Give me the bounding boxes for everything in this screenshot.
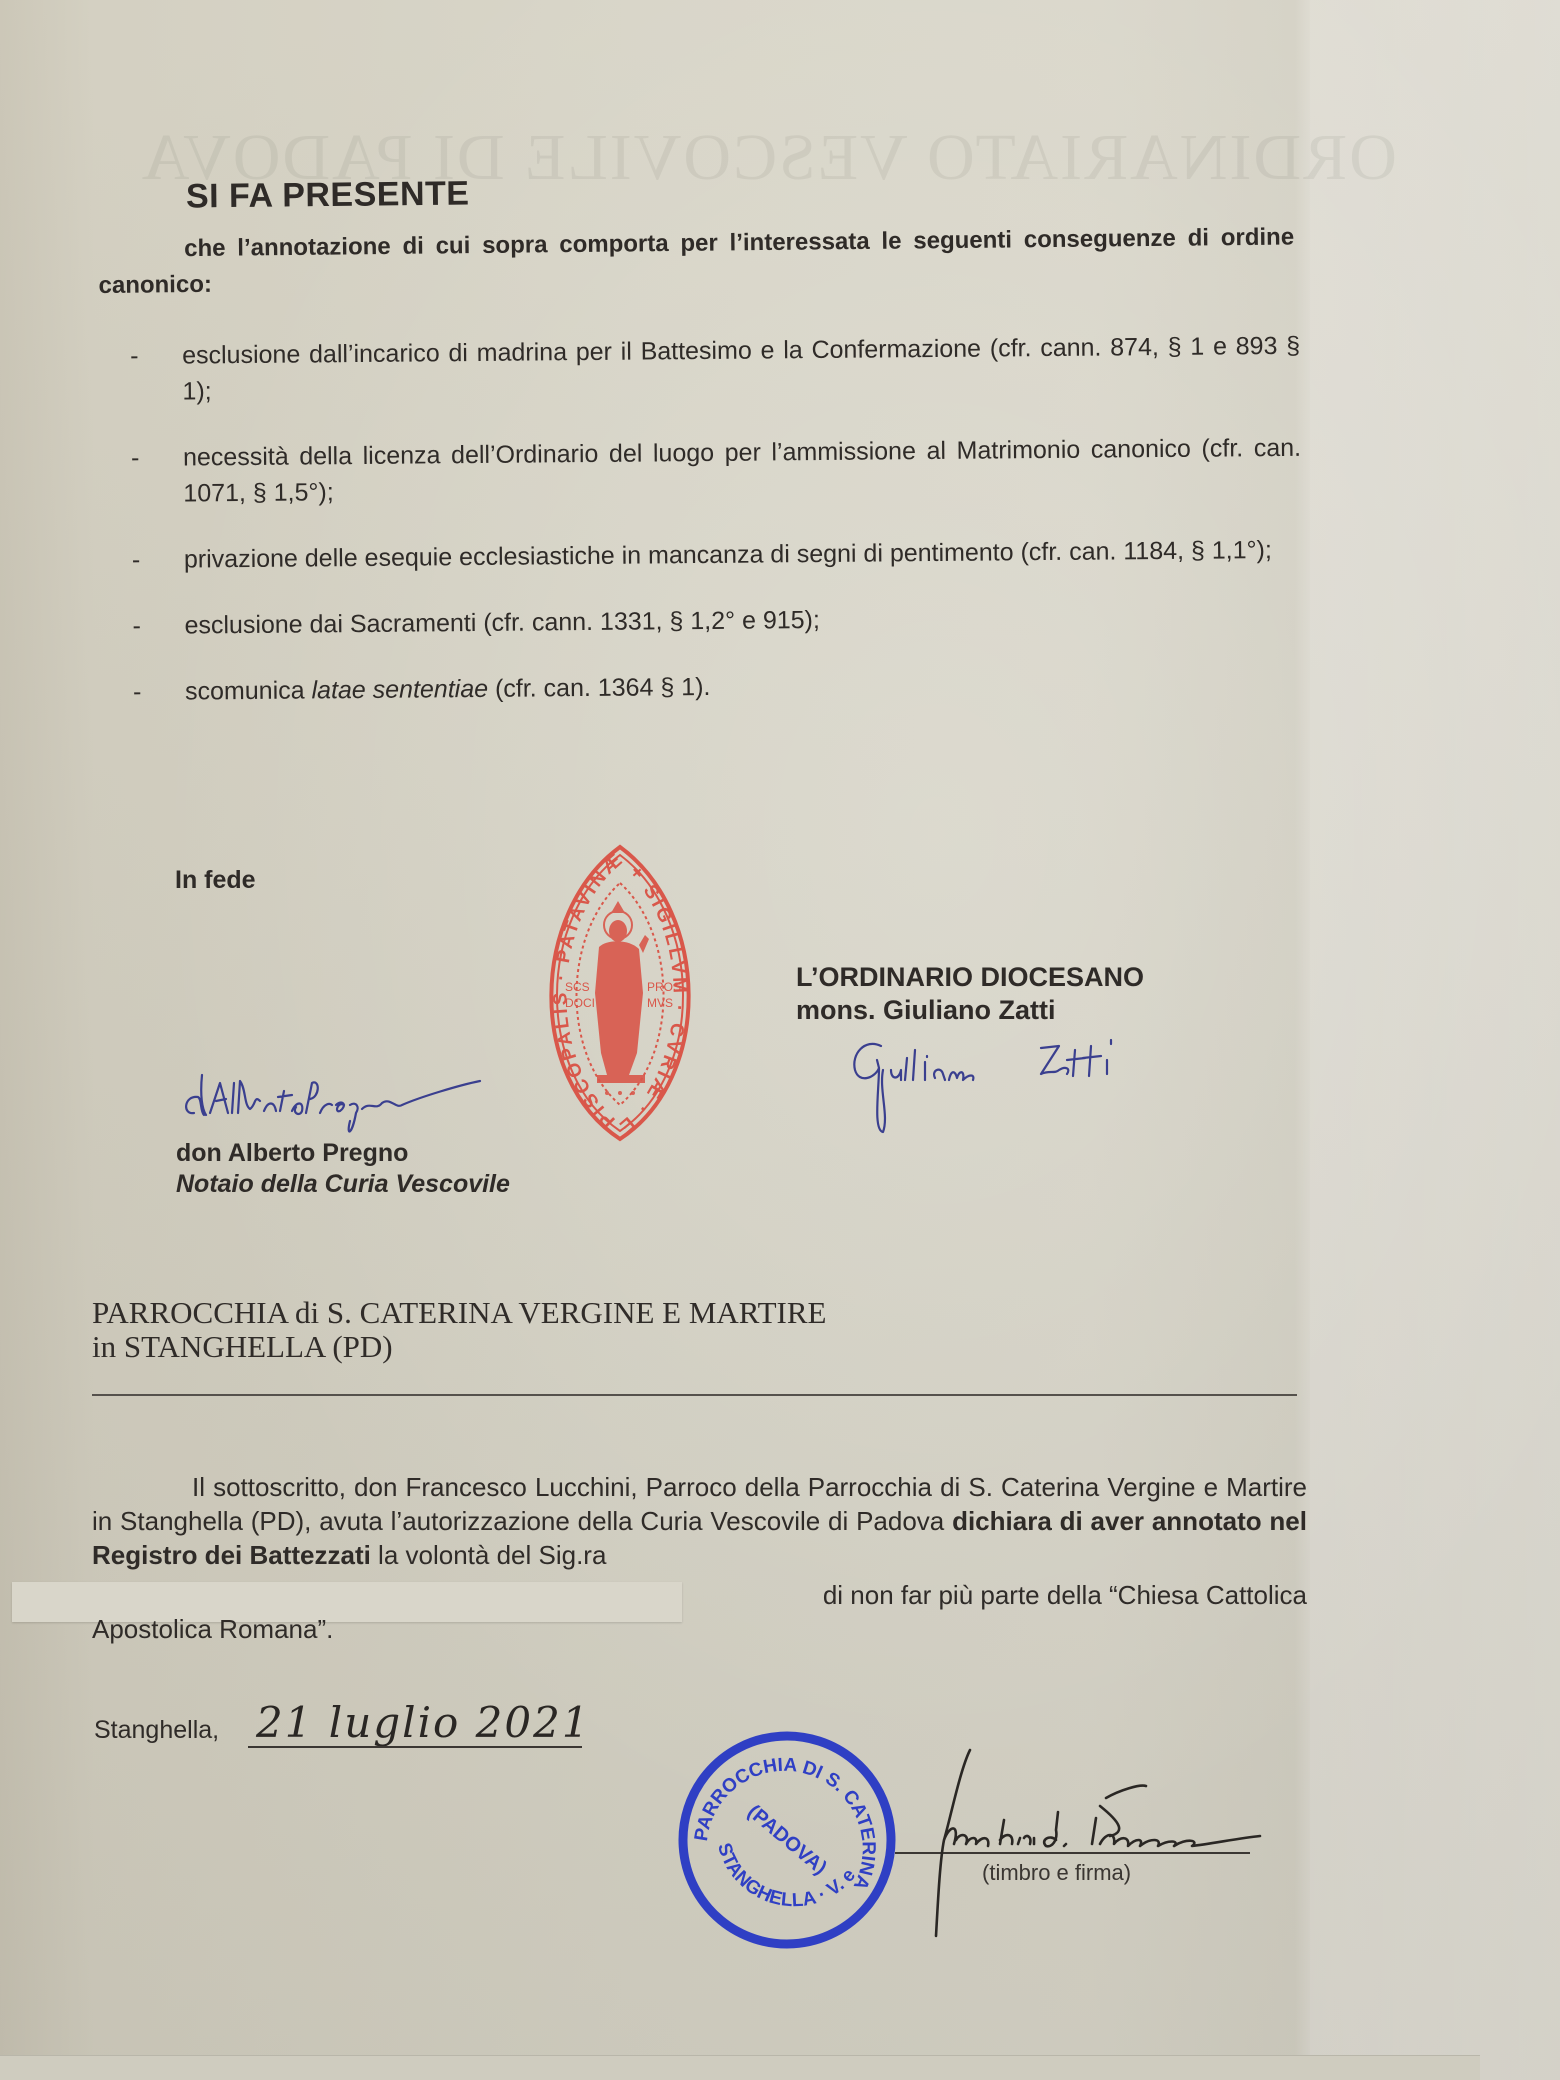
list-item: -scomunica latae sententiae (cfr. can. 1… [133, 664, 1303, 710]
consequences-list: -esclusione dall’incarico di madrina per… [130, 328, 1303, 740]
parish-location: in STANGHELLA (PD) [92, 1330, 826, 1364]
declaration-tail: di non far più parte della “Chiesa Catto… [686, 1578, 1307, 1612]
bullet-dash: - [132, 542, 141, 578]
closing-in-fede: In fede [175, 866, 256, 895]
ordinary-title: L’ORDINARIO DIOCESANO [796, 961, 1144, 994]
bullet-dash: - [133, 674, 142, 710]
svg-text:MVS: MVS [647, 996, 673, 1010]
parish-name: PARROCCHIA di S. CATERINA VERGINE E MART… [92, 1296, 826, 1330]
page-bottom-edge [0, 2055, 1480, 2080]
intro-paragraph: che l’annotazione di cui sopra comporta … [98, 219, 1295, 304]
ordinary-block: L’ORDINARIO DIOCESANO mons. Giuliano Zat… [796, 961, 1144, 1027]
list-item: -privazione delle esequie ecclesiastiche… [132, 532, 1302, 578]
bullet-dash: - [132, 608, 141, 644]
list-item: -esclusione dai Sacramenti (cfr. cann. 1… [132, 598, 1302, 644]
declaration-last-line: Apostolica Romana”. [92, 1612, 333, 1646]
parish-priest-signature [930, 1740, 1430, 1940]
diocesan-seal: + SIGILLVM · CVRIÆ · EPISCOPALIS · PATAV… [515, 843, 725, 1143]
list-item: -necessità della licenza dell’Ordinario … [131, 430, 1302, 512]
svg-text:(PADOVA): (PADOVA) [743, 1801, 831, 1880]
ordinary-signature [845, 1030, 1225, 1140]
place-label: Stanghella, [94, 1716, 219, 1745]
bullet-dash: - [130, 338, 139, 374]
header-divider [92, 1394, 1297, 1396]
list-item: -esclusione dall’incarico di madrina per… [130, 328, 1301, 410]
handwritten-date: 21 luglio 2021 [256, 1698, 591, 1747]
svg-text:DOCI: DOCI [565, 996, 595, 1010]
bullet-dash: - [131, 440, 140, 476]
date-underline [248, 1746, 582, 1748]
parish-stamp: PARROCCHIA DI S. CATERINA STANGHELLA · V… [675, 1728, 900, 1953]
parish-header: PARROCCHIA di S. CATERINA VERGINE E MART… [92, 1296, 826, 1364]
notary-name: don Alberto Pregno [176, 1138, 510, 1169]
notary-role: Notaio della Curia Vescovile [176, 1169, 510, 1200]
declaration-paragraph: Il sottoscritto, don Francesco Lucchini,… [92, 1470, 1307, 1572]
svg-text:SCS: SCS [565, 980, 590, 994]
ordinary-name: mons. Giuliano Zatti [796, 994, 1144, 1027]
section-heading: SI FA PRESENTE [186, 175, 470, 217]
notary-signature [180, 1065, 450, 1135]
svg-text:PROS: PROS [647, 980, 681, 994]
notary-block: don Alberto Pregno Notaio della Curia Ve… [176, 1138, 510, 1200]
